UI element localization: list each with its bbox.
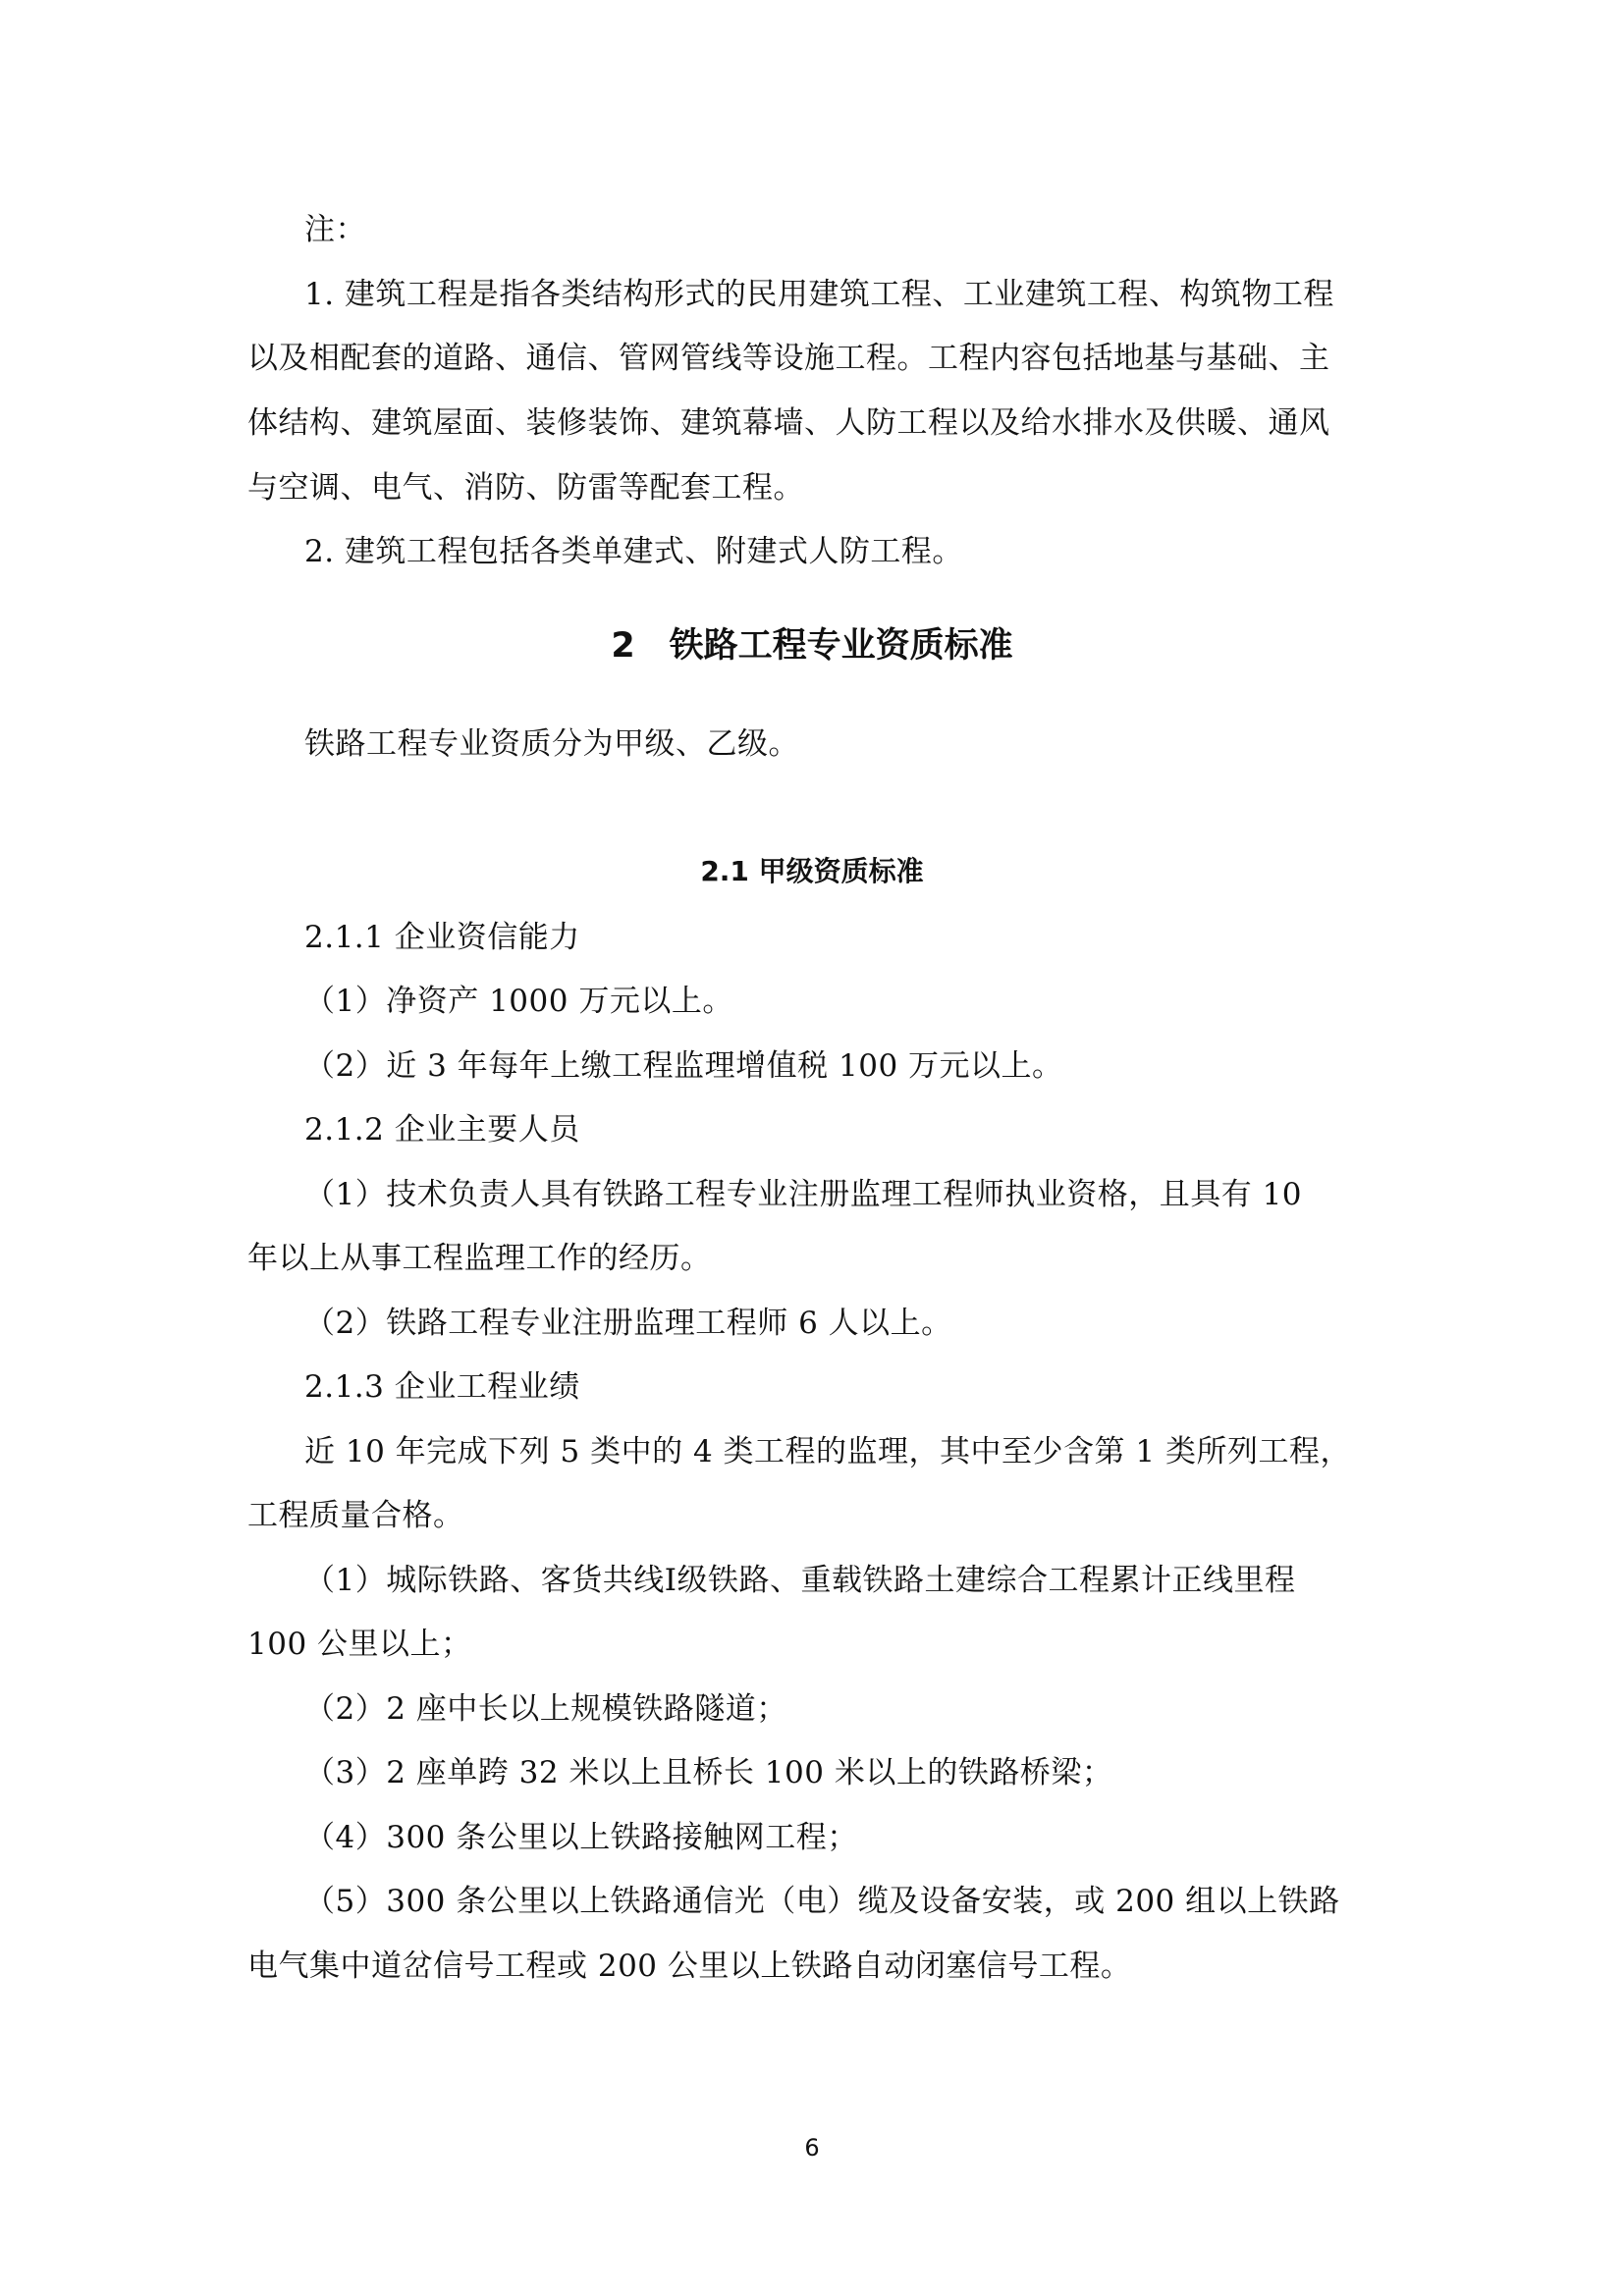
s211-item-1: （1）净资产 1000 万元以上。 bbox=[304, 982, 1443, 1021]
s213-item-5-line-2: 电气集中道岔信号工程或 200 公里以上铁路自动闭塞信号工程。 bbox=[247, 1947, 1386, 1986]
section-2-1-2-heading: 2.1.2 企业主要人员 bbox=[304, 1110, 1443, 1149]
s213-item-3: （3）2 座单跨 32 米以上且桥长 100 米以上的铁路桥梁； bbox=[304, 1753, 1443, 1792]
s213-item-2: （2）2 座中长以上规模铁路隧道； bbox=[304, 1689, 1443, 1729]
section-2-1-3-heading: 2.1.3 企业工程业绩 bbox=[304, 1367, 1443, 1407]
s212-item-1-line-2: 年以上从事工程监理工作的经历。 bbox=[247, 1239, 1386, 1278]
section-2-1-title: 2.1 甲级资质标准 bbox=[0, 852, 1624, 891]
s212-item-1-line-1: （1）技术负责人具有铁路工程专业注册监理工程师执业资格，且具有 10 bbox=[304, 1175, 1443, 1214]
s212-item-2: （2）铁路工程专业注册监理工程师 6 人以上。 bbox=[304, 1304, 1443, 1343]
page-number: 6 bbox=[0, 2134, 1624, 2162]
s213-item-1-line-2: 100 公里以上； bbox=[247, 1625, 1386, 1664]
note-1-line-2: 以及相配套的道路、通信、管网管线等设施工程。工程内容包括地基与基础、主 bbox=[247, 339, 1386, 378]
document-page: 注： 1. 建筑工程是指各类结构形式的民用建筑工程、工业建筑工程、构筑物工程 以… bbox=[0, 0, 1624, 2296]
note-1-line-1: 1. 建筑工程是指各类结构形式的民用建筑工程、工业建筑工程、构筑物工程 bbox=[304, 275, 1443, 314]
section-2-title: 2 铁路工程专业资质标准 bbox=[0, 624, 1624, 667]
note-1-line-4: 与空调、电气、消防、防雷等配套工程。 bbox=[247, 468, 1386, 507]
s213-intro-line-2: 工程质量合格。 bbox=[247, 1496, 1386, 1535]
note-2: 2. 建筑工程包括各类单建式、附建式人防工程。 bbox=[304, 532, 1443, 571]
section-2-intro: 铁路工程专业资质分为甲级、乙级。 bbox=[304, 724, 1443, 764]
notes-label: 注： bbox=[304, 210, 1443, 249]
s211-item-2: （2）近 3 年每年上缴工程监理增值税 100 万元以上。 bbox=[304, 1046, 1443, 1086]
section-2-1-1-heading: 2.1.1 企业资信能力 bbox=[304, 918, 1443, 957]
s213-item-1-line-1: （1）城际铁路、客货共线Ⅰ级铁路、重载铁路土建综合工程累计正线里程 bbox=[304, 1561, 1443, 1600]
s213-item-4: （4）300 条公里以上铁路接触网工程； bbox=[304, 1818, 1443, 1857]
s213-item-5-line-1: （5）300 条公里以上铁路通信光（电）缆及设备安装，或 200 组以上铁路 bbox=[304, 1882, 1443, 1921]
s213-intro-line-1: 近 10 年完成下列 5 类中的 4 类工程的监理，其中至少含第 1 类所列工程… bbox=[304, 1432, 1443, 1471]
note-1-line-3: 体结构、建筑屋面、装修装饰、建筑幕墙、人防工程以及给水排水及供暖、通风 bbox=[247, 403, 1386, 443]
